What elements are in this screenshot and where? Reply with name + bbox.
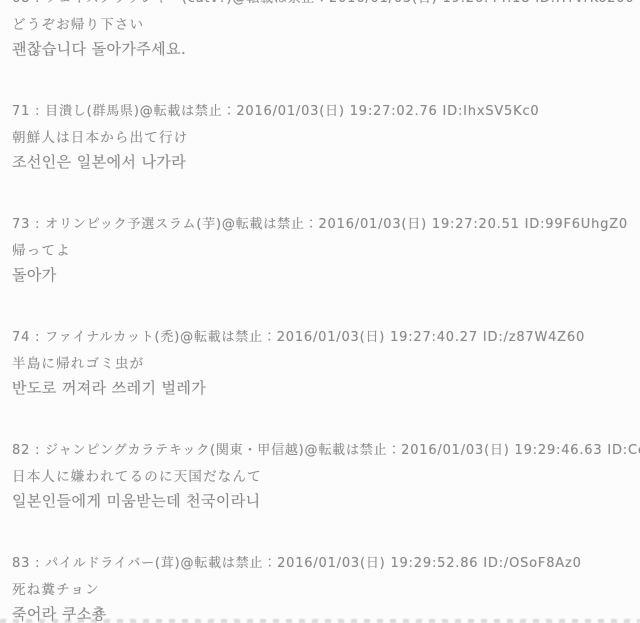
post-text-japanese: 半島に帰れゴミ虫が	[12, 356, 632, 373]
post-header: 68 : フェイスクラッシャー(catv?)@転載は禁止：2016/01/03(…	[12, 0, 632, 7]
post-text-korean: 조선인은 일본에서 나가라	[12, 152, 632, 172]
post: 82 : ジャンピングカラテキック(関東・甲信越)@転載は禁止：2016/01/…	[12, 442, 632, 511]
post-text-japanese: 朝鮮人は日本から出て行け	[12, 130, 632, 147]
thread-page: 68 : フェイスクラッシャー(catv?)@転載は禁止：2016/01/03(…	[0, 0, 640, 623]
post-text-korean: 일본인들에게 미움받는데 천국이라니	[12, 491, 632, 511]
post: 71 : 目潰し(群馬県)@転載は禁止：2016/01/03(日) 19:27:…	[12, 103, 632, 172]
post: 83 : パイルドライバー(茸)@転載は禁止：2016/01/03(日) 19:…	[12, 555, 632, 623]
post-header: 73 : オリンピック予選スラム(芋)@転載は禁止：2016/01/03(日) …	[12, 216, 632, 233]
post-header: 74 : ファイナルカット(禿)@転載は禁止：2016/01/03(日) 19:…	[12, 329, 632, 346]
post-text-korean: 괜찮습니다 돌아가주세요.	[12, 39, 632, 59]
post-text-japanese: どうぞお帰り下さい	[12, 17, 632, 34]
clipped-next-post-line	[0, 619, 640, 623]
post-text-japanese: 死ね糞チョン	[12, 582, 632, 599]
post-text-korean: 반도로 꺼져라 쓰레기 벌레가	[12, 378, 632, 398]
post: 68 : フェイスクラッシャー(catv?)@転載は禁止：2016/01/03(…	[12, 0, 632, 59]
post: 73 : オリンピック予選スラム(芋)@転載は禁止：2016/01/03(日) …	[12, 216, 632, 285]
post-header: 71 : 目潰し(群馬県)@転載は禁止：2016/01/03(日) 19:27:…	[12, 103, 632, 120]
post: 74 : ファイナルカット(禿)@転載は禁止：2016/01/03(日) 19:…	[12, 329, 632, 398]
post-text-japanese: 帰ってよ	[12, 243, 632, 260]
post-text-korean: 돌아가	[12, 265, 632, 285]
post-text-japanese: 日本人に嫌われてるのに天国だなんて	[12, 469, 632, 486]
post-header: 83 : パイルドライバー(茸)@転載は禁止：2016/01/03(日) 19:…	[12, 555, 632, 572]
post-header: 82 : ジャンピングカラテキック(関東・甲信越)@転載は禁止：2016/01/…	[12, 442, 632, 459]
screenshot-viewport: 68 : フェイスクラッシャー(catv?)@転載は禁止：2016/01/03(…	[0, 0, 640, 623]
